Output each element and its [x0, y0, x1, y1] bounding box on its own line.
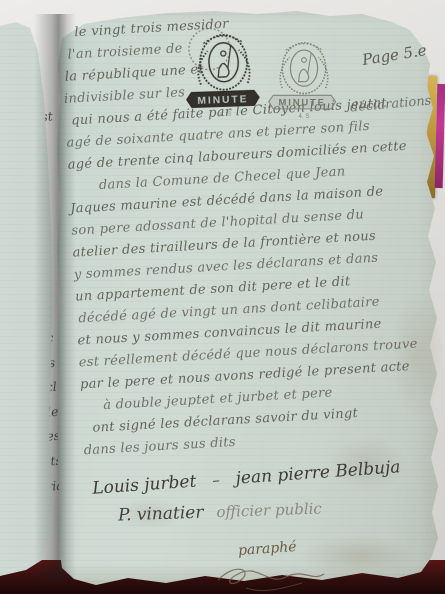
stamp-laurel-left — [198, 51, 209, 85]
minute-stamp-left: MINUTE 4. S — [181, 27, 266, 122]
stamp-inner-oval — [208, 42, 239, 82]
manuscript-photo: 4e une adean baptistante quatent quata C… — [0, 0, 445, 594]
officer-signature: P. vinatier — [118, 503, 204, 526]
signature-separator: – — [212, 471, 221, 489]
stamp-denomination: 4. S — [298, 113, 309, 120]
officer-title: officier public — [216, 499, 322, 521]
book-cover-magenta-edge — [435, 84, 445, 188]
signature-flourish — [212, 558, 332, 594]
stamp-banner-text: MINUTE — [197, 94, 248, 107]
stamp-figure-body — [299, 69, 309, 81]
stamp-figure-staff — [308, 53, 312, 75]
stamp-laurel-right — [318, 57, 327, 88]
stamp-denomination: 4. S — [219, 111, 232, 118]
stamp-figure-body — [218, 63, 229, 77]
stamp-figure-head — [221, 51, 226, 56]
flourish-stroke — [246, 583, 302, 591]
flourish-stroke — [218, 569, 324, 583]
stamp-banner-text: MINUTE — [279, 98, 326, 109]
stamp-inner-oval — [290, 50, 317, 86]
stamp-laurel-right — [239, 50, 250, 84]
stamp-figure-head — [302, 58, 307, 63]
stamp-laurel-left — [280, 57, 289, 88]
minute-stamp-right: MINUTE 4. S — [266, 36, 342, 122]
